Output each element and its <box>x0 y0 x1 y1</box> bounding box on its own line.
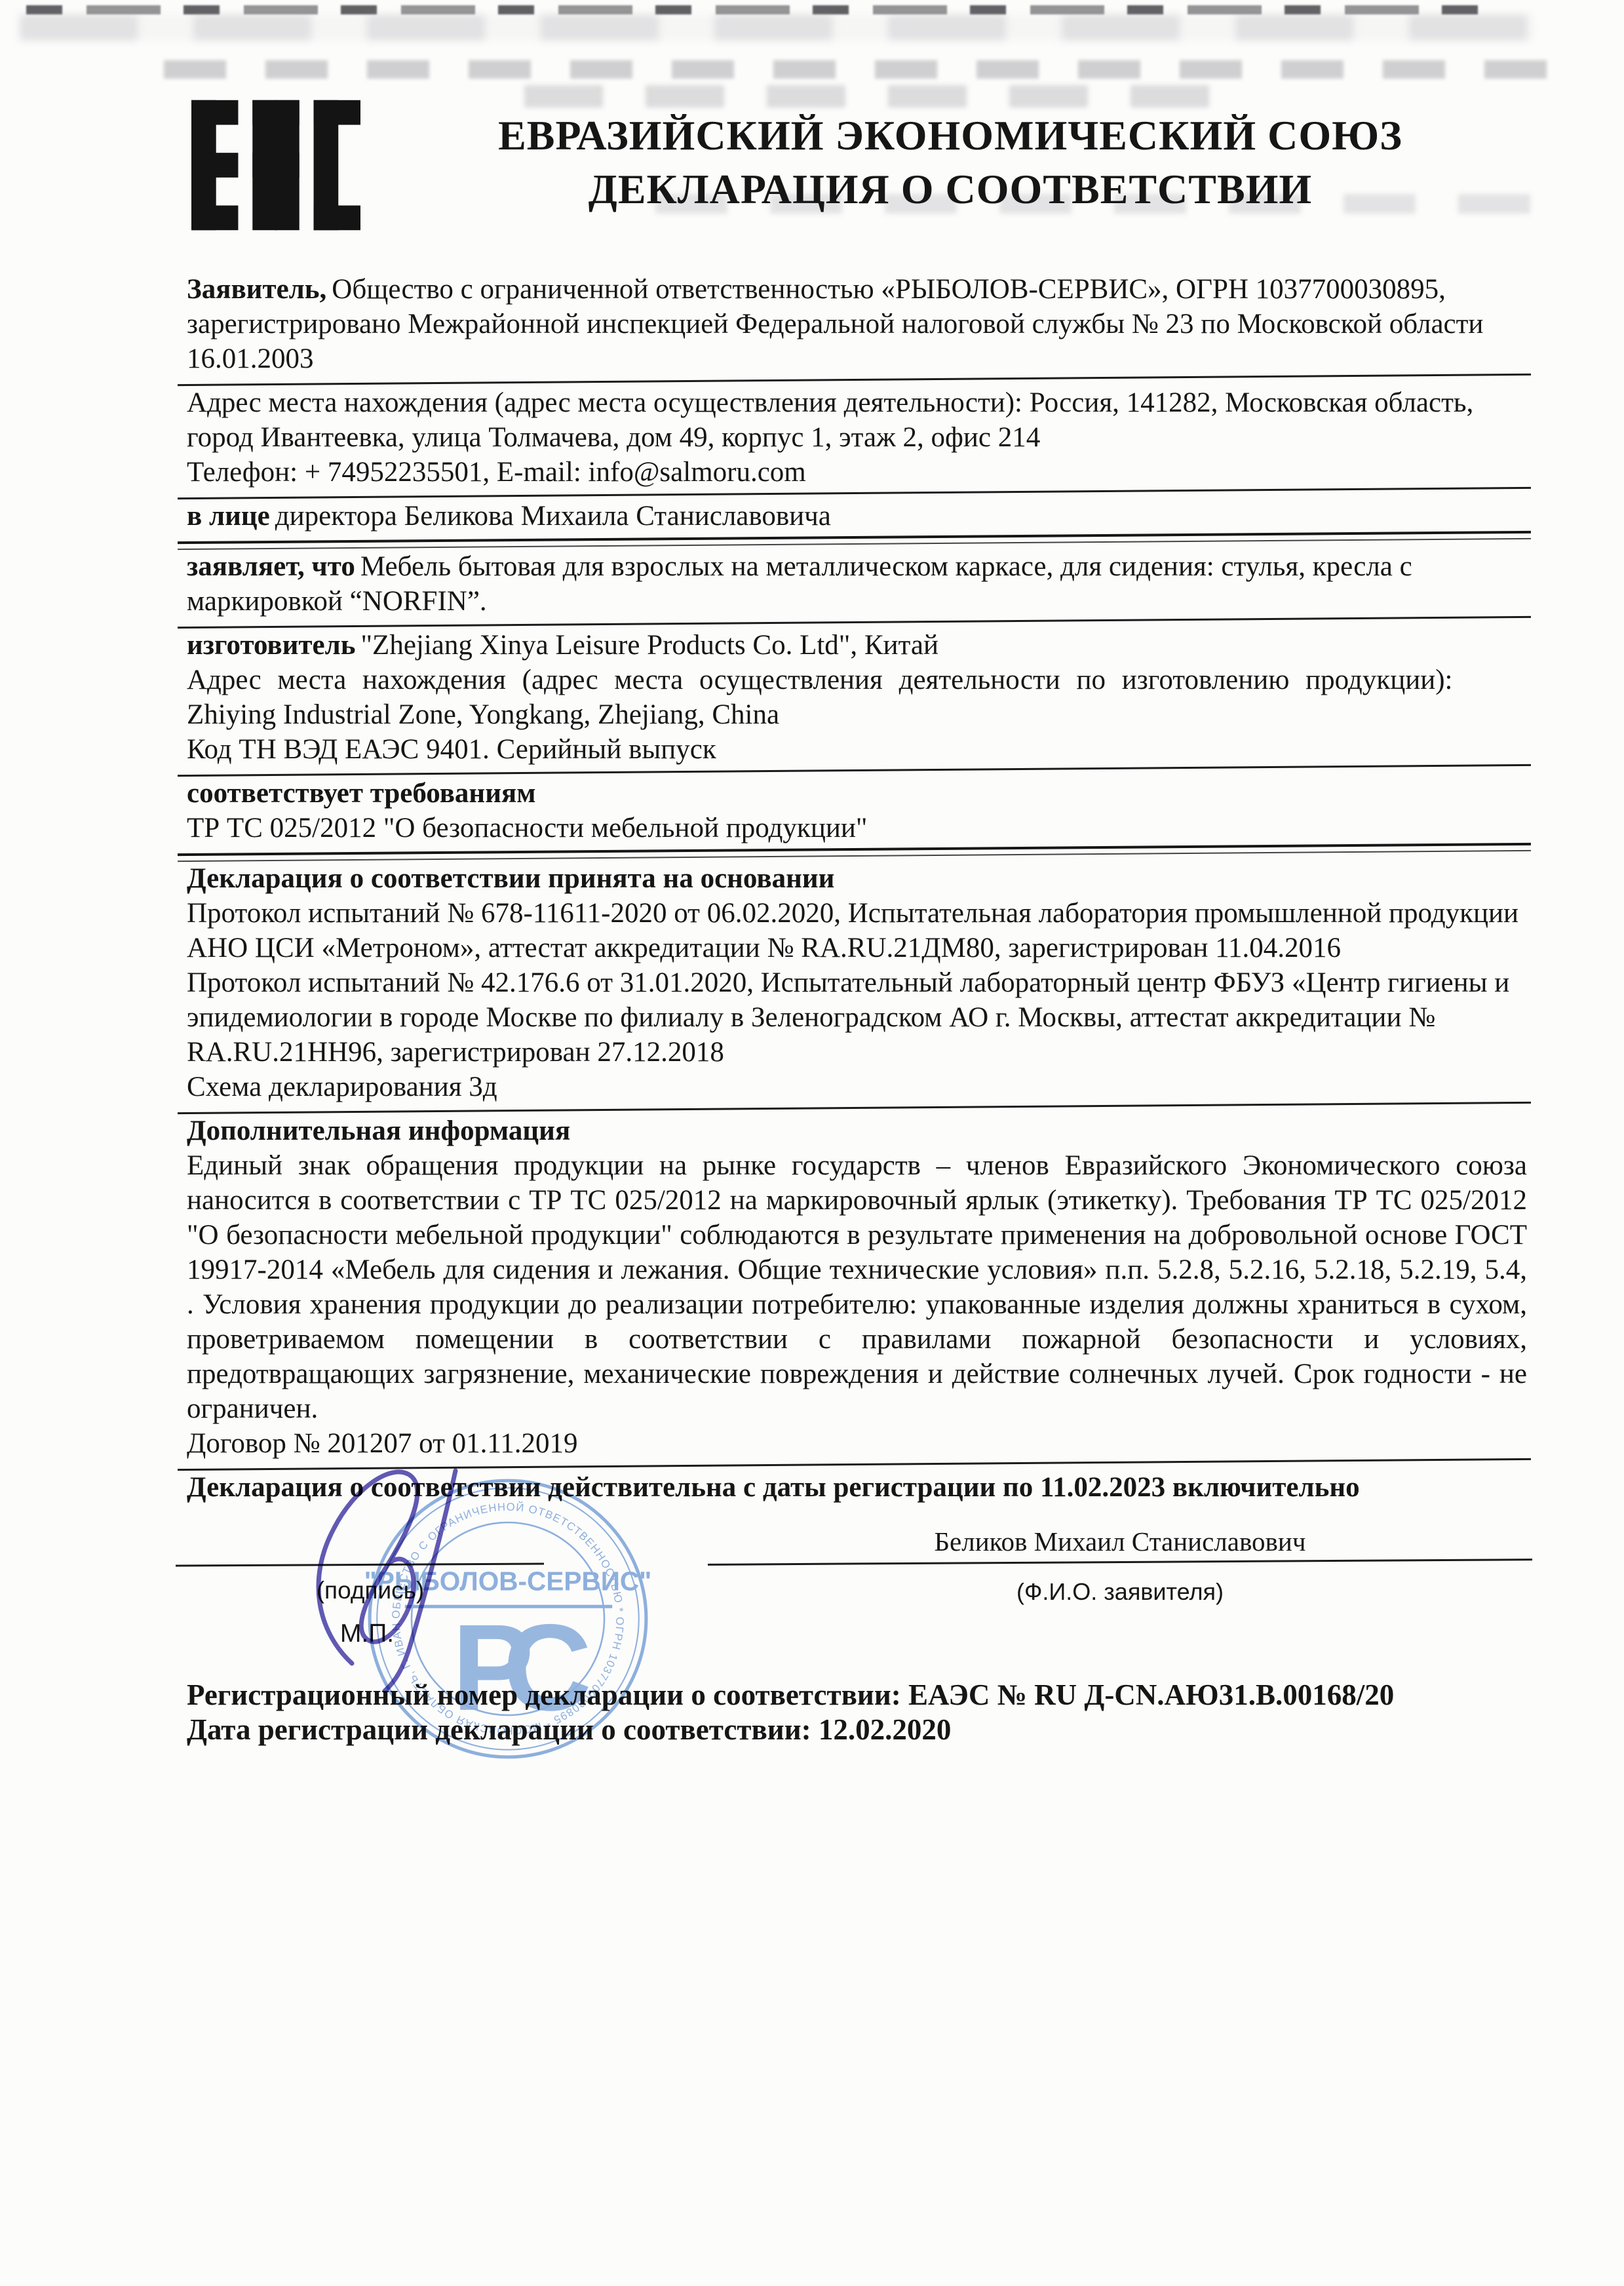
applicant-label: Заявитель, <box>187 274 326 305</box>
title-line-union: ЕВРАЗИЙСКИЙ ЭКОНОМИЧЕСКИЙ СОЮЗ <box>380 109 1520 163</box>
tnved-line: Код ТН ВЭД ЕАЭС 9401. Серийный выпуск <box>187 732 1527 767</box>
divider-line-double <box>178 843 1531 862</box>
scanned-declaration-page: { "header": { "title_line1": "ЕВРАЗИЙСКИ… <box>0 0 1624 2286</box>
declares-text: Мебель бытовая для взрослых на металличе… <box>187 551 1412 617</box>
additional-info-text: Единый знак обращения продукции на рынке… <box>187 1148 1527 1426</box>
complies-heading: соответствует требованиям <box>187 776 1527 811</box>
scan-noise-band-2 <box>164 60 1573 79</box>
manufacturer-address-label: Адрес места нахождения (адрес места осущ… <box>187 665 1453 695</box>
applicant-contact-text: Телефон: + 74952235501, E-mail: info@sal… <box>187 457 806 488</box>
applicant-name: Беликов Михаил Станиславович <box>708 1524 1532 1559</box>
scan-noise-wash <box>20 14 1534 41</box>
document-title: ЕВРАЗИЙСКИЙ ЭКОНОМИЧЕСКИЙ СОЮЗ ДЕКЛАРАЦИ… <box>380 109 1520 216</box>
title-line-declaration: ДЕКЛАРАЦИЯ О СООТВЕТСТВИИ <box>380 163 1520 216</box>
test-protocol-2: Протокол испытаний № 42.176.6 от 31.01.2… <box>187 965 1527 1070</box>
scheme-line: Схема декларирования 3д <box>187 1070 1527 1104</box>
manufacturer-paragraph: изготовитель"Zhejiang Xinya Leisure Prod… <box>187 628 1527 663</box>
additional-info-heading: Дополнительная информация <box>187 1114 1527 1148</box>
representative-paragraph: в лицедиректора Беликова Михаила Станисл… <box>187 499 1527 533</box>
declares-paragraph: заявляет, чтоМебель бытовая для взрослых… <box>187 549 1527 619</box>
eac-mark-icon <box>191 100 360 231</box>
representative-text: директора Беликова Михаила Станиславович… <box>275 501 831 532</box>
applicant-address-paragraph: Адрес места нахождения (адрес места осущ… <box>187 385 1527 490</box>
divider-line-double <box>178 531 1531 550</box>
manufacturer-address-value: Zhiying Industrial Zone, Yongkang, Zheji… <box>187 699 779 730</box>
name-line <box>708 1559 1532 1566</box>
basis-heading: Декларация о соответствии принята на осн… <box>187 861 1527 896</box>
name-caption: (Ф.И.О. заявителя) <box>708 1574 1532 1609</box>
applicant-paragraph: Заявитель,Общество с ограниченной ответс… <box>187 272 1527 376</box>
scan-noise-smudge-1 <box>524 85 1212 107</box>
contract-line: Договор № 201207 от 01.11.2019 <box>187 1426 1527 1461</box>
test-protocol-1: Протокол испытаний № 678-11611-2020 от 0… <box>187 896 1527 965</box>
applicant-text: Общество с ограниченной ответственностью… <box>187 274 1483 374</box>
regulation-line: ТР ТС 025/2012 "О безопасности мебельной… <box>187 811 1527 845</box>
scan-noise-band-top <box>26 5 1494 14</box>
handwritten-signature <box>259 1467 521 1693</box>
applicant-address-text: Адрес места нахождения (адрес места осущ… <box>187 387 1473 453</box>
manufacturer-text: "Zhejiang Xinya Leisure Products Co. Ltd… <box>361 630 938 661</box>
representative-label: в лице <box>187 501 270 532</box>
manufacturer-label: изготовитель <box>187 630 356 661</box>
manufacturer-address-paragraph: Адрес места нахождения (адрес места осущ… <box>187 663 1527 732</box>
declares-label: заявляет, что <box>187 551 355 582</box>
